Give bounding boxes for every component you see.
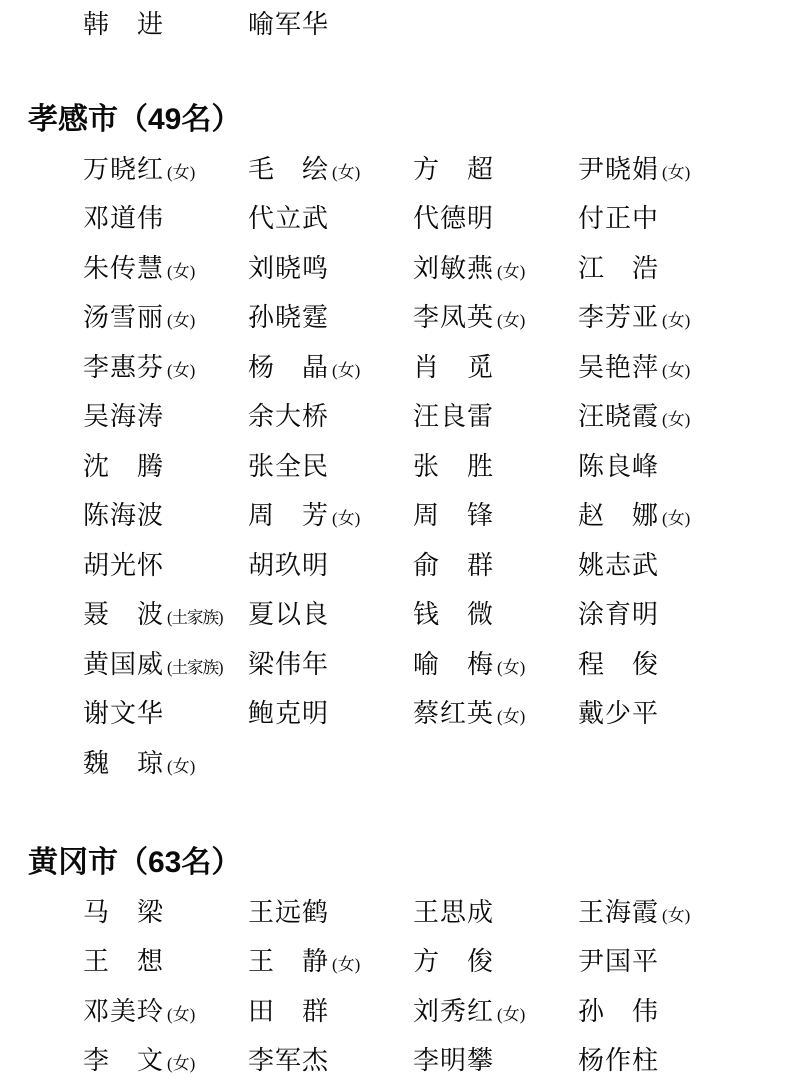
person-name: 张 胜 — [413, 452, 494, 481]
person-annotation: (女) — [662, 361, 690, 380]
name-cell: 钱 微 — [413, 590, 578, 640]
person-name: 汤雪丽 — [83, 303, 164, 332]
name-cell: 汪晓霞(女) — [578, 392, 743, 445]
person-annotation: (女) — [332, 163, 360, 182]
person-name: 付正中 — [578, 204, 659, 233]
person-name: 方 俊 — [413, 947, 494, 976]
person-annotation: (女) — [497, 658, 525, 677]
name-cell: 谢文华 — [83, 689, 248, 739]
person-name: 钱 微 — [413, 600, 494, 629]
name-cell: 孙晓霆 — [248, 293, 413, 343]
person-annotation: (女) — [167, 757, 195, 776]
section-title-huanggang: 黄冈市（63名） — [0, 838, 786, 888]
name-cell: 周 芳(女) — [248, 491, 413, 544]
name-row: 胡光怀胡玖明俞 群姚志武 — [0, 541, 786, 591]
person-annotation: (女) — [497, 262, 525, 281]
name-cell: 俞 群 — [413, 541, 578, 591]
name-row: 聂 波(土家族)夏以良钱 微涂育明 — [0, 590, 786, 640]
name-cell: 姚志武 — [578, 541, 743, 591]
name-row: 邓美玲(女)田 群刘秀红(女)孙 伟 — [0, 987, 786, 1037]
name-cell: 李 文(女) — [83, 1036, 248, 1089]
person-name: 尹国平 — [578, 947, 659, 976]
name-cell: 毛 绘(女) — [248, 145, 413, 198]
person-name: 孙晓霆 — [248, 303, 329, 332]
name-cell: 李芳亚(女) — [578, 293, 743, 346]
name-cell: 刘秀红(女) — [413, 987, 578, 1040]
person-name: 肖 觅 — [413, 353, 494, 382]
person-name: 胡玖明 — [248, 551, 329, 580]
name-cell: 吴海涛 — [83, 392, 248, 442]
name-cell: 张全民 — [248, 442, 413, 492]
name-cell: 马 梁 — [83, 888, 248, 938]
name-cell: 王 静(女) — [248, 937, 413, 990]
person-name: 李军杰 — [248, 1046, 329, 1075]
person-name: 谢文华 — [83, 699, 164, 728]
person-name: 胡光怀 — [83, 551, 164, 580]
name-row: 谢文华鲍克明蔡红英(女)戴少平 — [0, 689, 786, 739]
document-page: 韩 进喻军华 孝感市（49名） 万晓红(女)毛 绘(女)方 超尹晓娟(女)邓道伟… — [0, 0, 786, 1091]
person-name: 韩 进 — [83, 10, 164, 39]
name-row: 汤雪丽(女)孙晓霆李凤英(女)李芳亚(女) — [0, 293, 786, 343]
person-name: 姚志武 — [578, 551, 659, 580]
name-cell: 周 锋 — [413, 491, 578, 541]
person-name: 王 想 — [83, 947, 164, 976]
name-cell: 张 胜 — [413, 442, 578, 492]
person-name: 刘秀红 — [413, 997, 494, 1026]
name-row: 魏 琼(女) — [0, 739, 786, 789]
name-row: 吴海涛余大桥汪良雷汪晓霞(女) — [0, 392, 786, 442]
person-name: 鲍克明 — [248, 699, 329, 728]
name-cell: 魏 琼(女) — [83, 739, 248, 792]
person-name: 尹晓娟 — [578, 155, 659, 184]
person-annotation: (女) — [332, 361, 360, 380]
name-row: 李 文(女)李军杰李明攀杨作柱 — [0, 1036, 786, 1086]
person-name: 魏 琼 — [83, 749, 164, 778]
person-annotation: (女) — [662, 509, 690, 528]
person-name: 沈 腾 — [83, 452, 164, 481]
person-name: 杨作柱 — [578, 1046, 659, 1075]
person-annotation: (女) — [167, 163, 195, 182]
name-cell: 尹晓娟(女) — [578, 145, 743, 198]
name-row: 李惠芬(女)杨 晶(女)肖 觅吴艳萍(女) — [0, 343, 786, 393]
person-annotation: (女) — [167, 361, 195, 380]
name-cell: 王思成 — [413, 888, 578, 938]
name-cell: 喻 梅(女) — [413, 640, 578, 693]
person-name: 马 梁 — [83, 898, 164, 927]
person-name: 王海霞 — [578, 898, 659, 927]
name-cell: 代德明 — [413, 194, 578, 244]
name-cell: 代立武 — [248, 194, 413, 244]
name-row: 王 想王 静(女)方 俊尹国平 — [0, 937, 786, 987]
person-name: 李 文 — [83, 1046, 164, 1075]
name-cell: 肖 觅 — [413, 343, 578, 393]
person-name: 李芳亚 — [578, 303, 659, 332]
person-name: 梁伟年 — [248, 650, 329, 679]
name-cell: 李惠芬(女) — [83, 343, 248, 396]
name-cell: 喻军华 — [248, 0, 413, 50]
person-name: 戴少平 — [578, 699, 659, 728]
person-name: 李惠芬 — [83, 353, 164, 382]
person-name: 赵 娜 — [578, 501, 659, 530]
person-name: 喻 梅 — [413, 650, 494, 679]
name-row: 陈海波周 芳(女)周 锋赵 娜(女) — [0, 491, 786, 541]
person-name: 代德明 — [413, 204, 494, 233]
person-annotation: (女) — [662, 311, 690, 330]
person-name: 余大桥 — [248, 402, 329, 431]
person-name: 李明攀 — [413, 1046, 494, 1075]
name-cell: 陈良峰 — [578, 442, 743, 492]
name-cell: 付正中 — [578, 194, 743, 244]
name-cell: 夏以良 — [248, 590, 413, 640]
name-cell: 程 俊 — [578, 640, 743, 690]
person-annotation: (女) — [167, 262, 195, 281]
person-annotation: (女) — [167, 1005, 195, 1024]
person-name: 黄国威 — [83, 650, 164, 679]
person-annotation: (女) — [662, 906, 690, 925]
person-annotation: (女) — [662, 163, 690, 182]
name-cell: 万晓红(女) — [83, 145, 248, 198]
name-cell: 邓美玲(女) — [83, 987, 248, 1040]
name-cell: 王海霞(女) — [578, 888, 743, 941]
person-annotation: (土家族) — [167, 658, 223, 677]
name-cell: 刘晓鸣 — [248, 244, 413, 294]
name-cell: 汪良雷 — [413, 392, 578, 442]
name-cell: 黄国威(土家族) — [83, 640, 248, 693]
person-annotation: (土家族) — [167, 608, 223, 627]
name-row: 韩 进喻军华 — [0, 0, 786, 50]
person-name: 田 群 — [248, 997, 329, 1026]
name-cell: 聂 波(土家族) — [83, 590, 248, 643]
name-cell: 李凤英(女) — [413, 293, 578, 346]
person-name: 杨 晶 — [248, 353, 329, 382]
name-cell: 方 俊 — [413, 937, 578, 987]
person-name: 孙 伟 — [578, 997, 659, 1026]
person-annotation: (女) — [332, 955, 360, 974]
name-cell: 胡玖明 — [248, 541, 413, 591]
name-cell: 余大桥 — [248, 392, 413, 442]
name-cell: 梁伟年 — [248, 640, 413, 690]
person-name: 周 锋 — [413, 501, 494, 530]
person-name: 王 静 — [248, 947, 329, 976]
person-name: 王思成 — [413, 898, 494, 927]
person-name: 聂 波 — [83, 600, 164, 629]
name-cell: 鲍克明 — [248, 689, 413, 739]
person-name: 涂育明 — [578, 600, 659, 629]
name-cell: 胡光怀 — [83, 541, 248, 591]
person-name: 夏以良 — [248, 600, 329, 629]
name-row: 黄国威(土家族)梁伟年喻 梅(女)程 俊 — [0, 640, 786, 690]
name-row: 朱传慧(女)刘晓鸣刘敏燕(女)江 浩 — [0, 244, 786, 294]
name-row: 万晓红(女)毛 绘(女)方 超尹晓娟(女) — [0, 145, 786, 195]
name-cell: 戴少平 — [578, 689, 743, 739]
name-cell: 李明攀 — [413, 1036, 578, 1086]
person-annotation: (女) — [497, 311, 525, 330]
person-name: 陈海波 — [83, 501, 164, 530]
name-row: 沈 腾张全民张 胜陈良峰 — [0, 442, 786, 492]
person-name: 王远鹤 — [248, 898, 329, 927]
person-name: 程 俊 — [578, 650, 659, 679]
name-cell: 田 群 — [248, 987, 413, 1037]
name-cell: 朱传慧(女) — [83, 244, 248, 297]
name-cell: 涂育明 — [578, 590, 743, 640]
person-name: 邓道伟 — [83, 204, 164, 233]
person-annotation: (女) — [662, 410, 690, 429]
name-cell: 蔡红英(女) — [413, 689, 578, 742]
person-name: 汪晓霞 — [578, 402, 659, 431]
name-row: 邓道伟代立武代德明付正中 — [0, 194, 786, 244]
person-name: 陈良峰 — [578, 452, 659, 481]
name-cell: 邓道伟 — [83, 194, 248, 244]
person-annotation: (女) — [497, 1005, 525, 1024]
name-cell: 尹国平 — [578, 937, 743, 987]
person-name: 刘敏燕 — [413, 254, 494, 283]
person-annotation: (女) — [167, 311, 195, 330]
person-name: 刘晓鸣 — [248, 254, 329, 283]
name-cell: 赵 娜(女) — [578, 491, 743, 544]
person-name: 吴海涛 — [83, 402, 164, 431]
name-cell: 刘敏燕(女) — [413, 244, 578, 297]
continuation-rows: 韩 进喻军华 — [0, 0, 786, 50]
person-name: 周 芳 — [248, 501, 329, 530]
person-name: 邓美玲 — [83, 997, 164, 1026]
name-cell: 沈 腾 — [83, 442, 248, 492]
name-cell: 吴艳萍(女) — [578, 343, 743, 396]
name-cell: 韩 进 — [83, 0, 248, 50]
person-name: 朱传慧 — [83, 254, 164, 283]
name-cell: 王 想 — [83, 937, 248, 987]
name-cell: 江 浩 — [578, 244, 743, 294]
person-annotation: (女) — [167, 1054, 195, 1073]
section-title-xiaogan: 孝感市（49名） — [0, 95, 786, 145]
person-name: 俞 群 — [413, 551, 494, 580]
person-name: 毛 绘 — [248, 155, 329, 184]
person-name: 江 浩 — [578, 254, 659, 283]
person-name: 喻军华 — [248, 10, 329, 39]
person-name: 代立武 — [248, 204, 329, 233]
name-cell: 杨作柱 — [578, 1036, 743, 1086]
name-row: 马 梁王远鹤王思成王海霞(女) — [0, 888, 786, 938]
name-cell: 汤雪丽(女) — [83, 293, 248, 346]
person-name: 吴艳萍 — [578, 353, 659, 382]
person-name: 蔡红英 — [413, 699, 494, 728]
person-annotation: (女) — [332, 509, 360, 528]
person-name: 张全民 — [248, 452, 329, 481]
section-rows-huanggang: 马 梁王远鹤王思成王海霞(女)王 想王 静(女)方 俊尹国平邓美玲(女)田 群刘… — [0, 888, 786, 1086]
name-cell: 李军杰 — [248, 1036, 413, 1086]
name-cell: 王远鹤 — [248, 888, 413, 938]
name-cell: 杨 晶(女) — [248, 343, 413, 396]
person-annotation: (女) — [497, 707, 525, 726]
person-name: 万晓红 — [83, 155, 164, 184]
person-name: 汪良雷 — [413, 402, 494, 431]
person-name: 李凤英 — [413, 303, 494, 332]
name-cell: 孙 伟 — [578, 987, 743, 1037]
person-name: 方 超 — [413, 155, 494, 184]
name-cell: 方 超 — [413, 145, 578, 195]
name-cell: 陈海波 — [83, 491, 248, 541]
section-rows-xiaogan: 万晓红(女)毛 绘(女)方 超尹晓娟(女)邓道伟代立武代德明付正中朱传慧(女)刘… — [0, 145, 786, 789]
